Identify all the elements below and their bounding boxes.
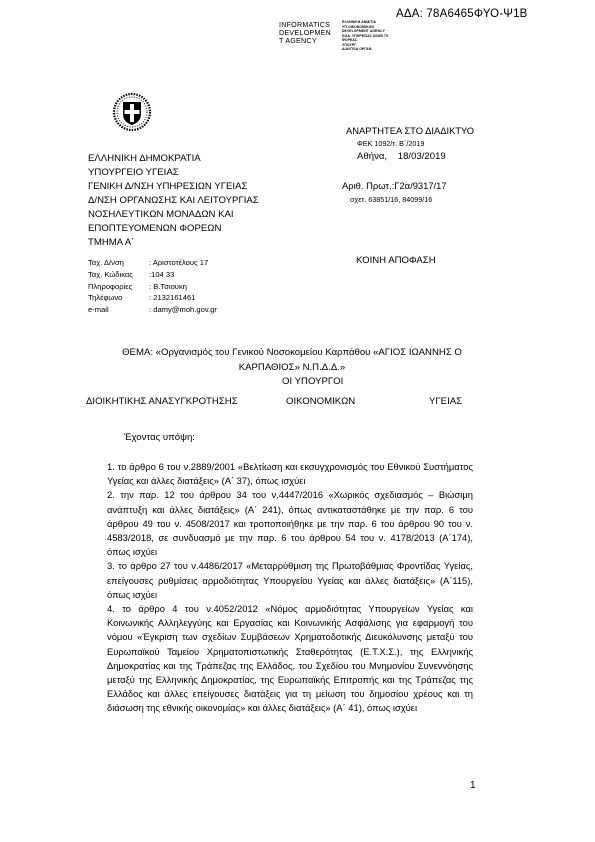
page-number: 1: [470, 780, 476, 791]
agency-logo-small-text: ΕΛΛΗΝΙΚΗ ΔΗΜ/ΤΙΑ ΥΠ.ΟΙΚΟΝΟΜΙΚΩΝ DEVELOPM…: [342, 20, 388, 52]
consideration-item: 4. το άρθρο 4 του ν.4052/2012 «Νόμος αρμ…: [107, 602, 473, 716]
header-line: ΓΕΝΙΚΗ Δ/ΝΣΗ ΥΠΗΡΕΣΙΩΝ ΥΓΕΙΑΣ: [88, 180, 259, 194]
header-line: Δ/ΝΣΗ ΟΡΓΑΝΩΣΗΣ ΚΑΙ ΛΕΙΤΟΥΡΓΙΑΣ: [88, 194, 259, 208]
decision-type: ΚΟΙΝΗ ΑΠΟΦΑΣΗ: [356, 255, 436, 266]
agency-small-line: ΔΙΑΥΓΕΙΑ ΟΡΓΑΝ.: [342, 47, 388, 52]
subject-line: ΘΕΜΑ: «Οργανισμός του Γενικού Νοσοκομείο…: [97, 345, 487, 375]
agency-small-line: DEVELOPMENT AGENCY: [342, 29, 388, 34]
related-reference: σχετ. 63851/16, 84099/16: [350, 195, 432, 204]
agency-logo-line: T AGENCY: [279, 37, 331, 45]
ministry-health: ΥΓΕΙΑΣ: [429, 396, 462, 407]
header-line: ΕΛΛΗΝΙΚΗ ΔΗΜΟΚΡΑΤΙΑ: [88, 152, 259, 166]
publish-notice: ΑΝΑΡΤΗΤΕΑ ΣΤΟ ΔΙΑΔΙΚΤΥΟ: [346, 125, 474, 136]
agency-logo-text: INFORMATICS DEVELOPMEN T AGENCY: [279, 21, 331, 46]
contact-block: Ταχ. Δ/νση: Αριστοτέλους 17 Ταχ. Κώδικας…: [88, 257, 217, 316]
greek-emblem-icon: [112, 92, 152, 132]
header-line: ΝΟΣΗΛΕΥΤΙΚΩΝ ΜΟΝΑΔΩΝ ΚΑΙ: [88, 208, 259, 222]
header-line: ΥΠΟΥΡΓΕΙΟ ΥΓΕΙΑΣ: [88, 166, 259, 180]
protocol-number: Αριθ. Πρωτ.:Γ2α/9317/17: [342, 180, 447, 191]
contact-address: Ταχ. Δ/νση: Αριστοτέλους 17: [88, 257, 217, 269]
consideration-item: 1. το άρθρο 6 του ν.2889/2001 «Βελτίωση …: [107, 460, 473, 488]
header-line: ΤΜΗΜΑ Α΄: [88, 236, 259, 250]
ministry-finance: ΟΙΚΟΝΟΜΙΚΩΝ: [286, 396, 355, 407]
contact-phone: Τηλέφωνο: 2132161461: [88, 292, 217, 304]
header-line: ΕΠΟΠΤΕΥΟΜΕΝΩΝ ΦΟΡΕΩΝ: [88, 222, 259, 236]
place-date: Αθήνα, 18/03/2019: [357, 151, 446, 162]
gazette-reference: ΦΕΚ 1092/τ. Β΄/2019: [357, 139, 424, 148]
issuing-authority-block: ΕΛΛΗΝΙΚΗ ΔΗΜΟΚΡΑΤΙΑ ΥΠΟΥΡΓΕΙΟ ΥΓΕΙΑΣ ΓΕΝ…: [88, 152, 259, 250]
document-ada-id: ΑΔΑ: 78Α6465ΦΥΟ-Ψ1Β: [396, 8, 528, 20]
ministers-title: ΟΙ ΥΠΟΥΡΓΟΙ: [282, 376, 343, 387]
contact-postcode: Ταχ. Κώδικας:104 33: [88, 269, 217, 281]
contact-info-person: Πληροφορίες: Β.Τσιουκη: [88, 281, 217, 293]
consideration-item: 2. την παρ. 12 του άρθρου 34 του ν.4447/…: [107, 488, 473, 559]
considering-intro: Έχοντας υπόψη:: [124, 432, 195, 443]
consideration-item: 3. το άρθρο 27 του ν.4486/2017 «Μεταρρύθ…: [107, 559, 473, 602]
contact-email: e-mail: damy@moh.gov.gr: [88, 304, 217, 316]
considerations-list: 1. το άρθρο 6 του ν.2889/2001 «Βελτίωση …: [107, 460, 473, 716]
ministry-administrative-reconstruction: ΔΙΟΙΚΗΤΙΚΗΣ ΑΝΑΣΥΓΚΡΟΤΗΣΗΣ: [86, 396, 238, 407]
